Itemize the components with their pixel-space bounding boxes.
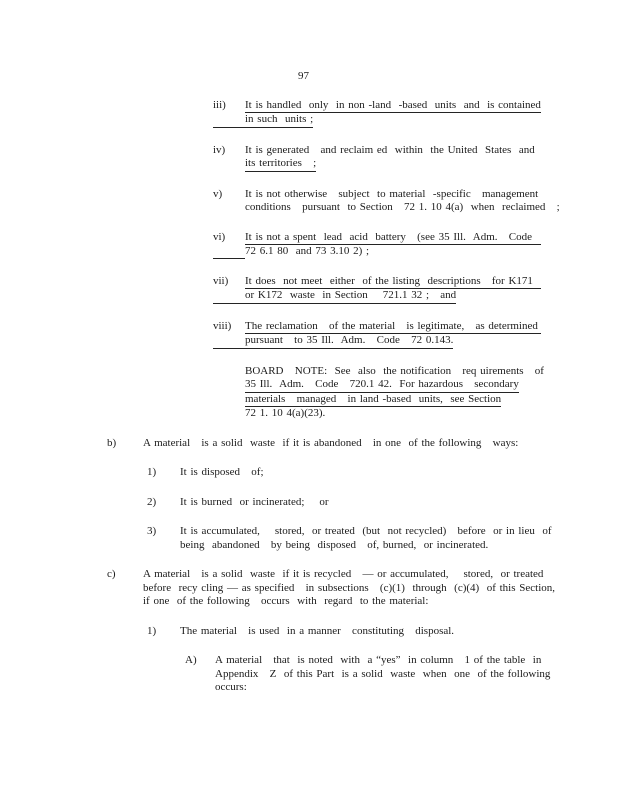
item-label: iv) — [213, 144, 245, 172]
item-line: being abandoned by being disposed of, bu… — [180, 539, 577, 553]
item-label: vii) — [213, 275, 245, 304]
list-item-v: v) It is not otherwise subject to materi… — [213, 188, 618, 215]
board-note-line: materials managed in land -based units, … — [245, 393, 541, 408]
list-item-iv: iv) It is generated and reclaim ed withi… — [213, 144, 618, 172]
item-line: pursuant to 35 Ill. Adm. Code 72 0.143. — [245, 334, 541, 349]
board-note-line: 35 Ill. Adm. Code 720.1 42. For hazardou… — [245, 378, 541, 393]
item-label: 1) — [147, 625, 180, 639]
item-line: or K172 waste in Section 721.1 32 ; and — [245, 289, 541, 304]
list-item-viii: viii) The reclamation of the material is… — [213, 320, 618, 349]
item-line: It is handled only in non -land -based u… — [245, 99, 541, 114]
item-line: in such units ; — [245, 113, 541, 128]
item-line: It is burned or incinerated; or — [180, 496, 577, 510]
board-note: BOARD NOTE: See also the notification re… — [245, 365, 541, 421]
item-line: A material is a solid waste if it is aba… — [143, 437, 575, 451]
board-note-line: BOARD NOTE: See also the notification re… — [245, 365, 541, 379]
item-line: if one of the following occurs with rega… — [143, 595, 575, 609]
item-line: before recy cling — as specified in subs… — [143, 582, 575, 596]
board-note-line: 72 1. 10 4(a)(23). — [245, 407, 541, 421]
item-line: The material is used in a manner constit… — [180, 625, 577, 639]
list-item-c1: 1) The material is used in a manner cons… — [147, 625, 618, 639]
item-line: Appendix Z of this Part is a solid waste… — [215, 668, 533, 682]
list-item-vi: vi) It is not a spent lead acid battery … — [213, 231, 618, 259]
item-label: 2) — [147, 496, 180, 510]
list-item-vii: vii) It does not meet either of the list… — [213, 275, 618, 304]
list-item-c: c) A material is a solid waste if it is … — [107, 568, 618, 609]
list-item-b2: 2) It is burned or incinerated; or — [147, 496, 618, 510]
item-line: A material is a solid waste if it is rec… — [143, 568, 575, 582]
item-line: conditions pursuant to Section 72 1. 10 … — [245, 201, 541, 215]
item-line: occurs: — [215, 681, 533, 695]
item-line: It is not otherwise subject to material … — [245, 188, 541, 202]
list-item-b1: 1) It is disposed of; — [147, 466, 618, 480]
list-item-c1A: A) A material that is noted with a “yes”… — [185, 654, 618, 695]
list-item-iii: iii) It is handled only in non -land -ba… — [213, 99, 618, 128]
item-line: The reclamation of the material is legit… — [245, 320, 541, 335]
page-number: 97 — [298, 70, 618, 84]
item-label: A) — [185, 654, 215, 695]
item-label: vi) — [213, 231, 245, 259]
list-item-b: b) A material is a solid waste if it is … — [107, 437, 618, 451]
document-content: 97 iii) It is handled only in non -land … — [0, 0, 618, 695]
item-line: It is accumulated, stored, or treated (b… — [180, 525, 577, 539]
item-line: its territories ; — [245, 157, 541, 172]
item-label: viii) — [213, 320, 245, 349]
item-line: A material that is noted with a “yes” in… — [215, 654, 533, 668]
item-label: 3) — [147, 525, 180, 552]
item-line: It is not a spent lead acid battery (see… — [245, 231, 541, 246]
item-label: c) — [107, 568, 143, 609]
item-line: It is disposed of; — [180, 466, 577, 480]
list-item-b3: 3) It is accumulated, stored, or treated… — [147, 525, 618, 552]
document-page: 97 iii) It is handled only in non -land … — [0, 0, 618, 800]
item-line: 72 6.1 80 and 73 3.10 2) ; — [245, 245, 541, 259]
item-line: It is generated and reclaim ed within th… — [245, 144, 541, 158]
item-line: It does not meet either of the listing d… — [245, 275, 541, 290]
item-label: b) — [107, 437, 143, 451]
item-label: 1) — [147, 466, 180, 480]
item-label: iii) — [213, 99, 245, 128]
item-label: v) — [213, 188, 245, 215]
